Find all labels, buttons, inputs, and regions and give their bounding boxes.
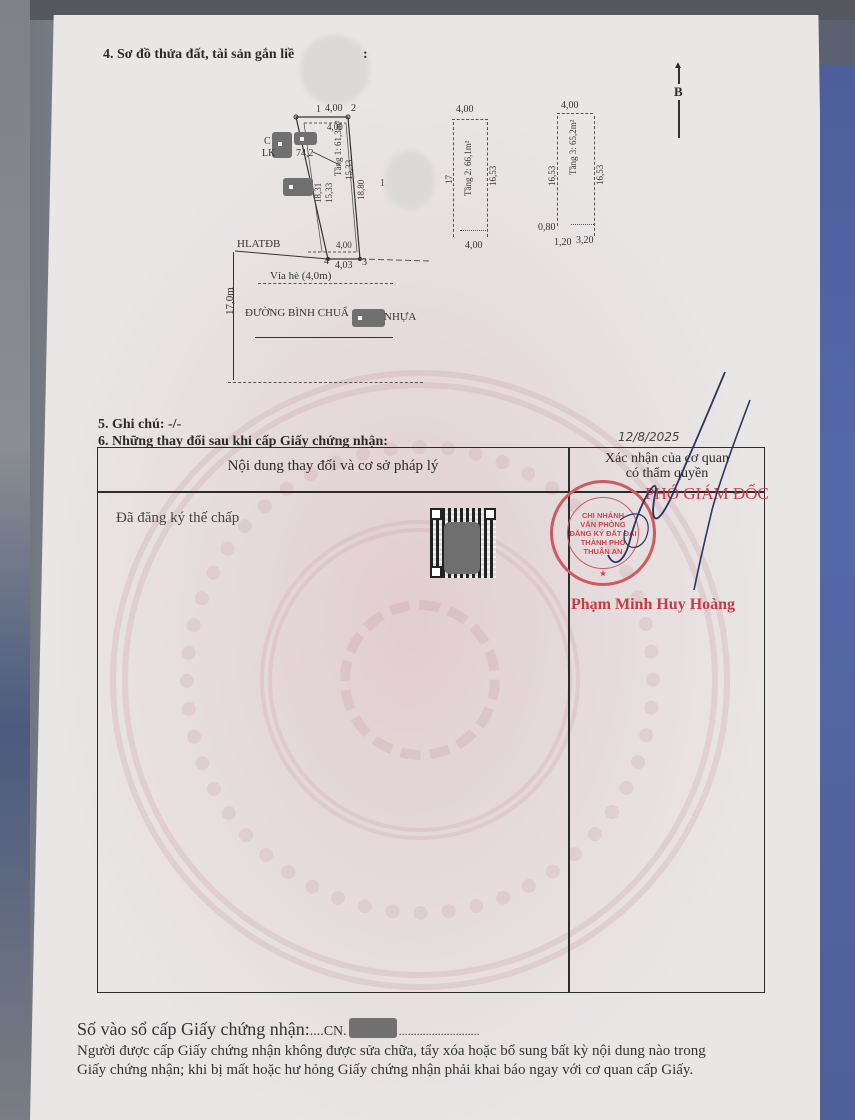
cert-number-prefix: ....CN.: [310, 1024, 347, 1039]
cert-number-row: Số vào sổ cấp Giấy chứng nhận:....CN....…: [77, 1018, 480, 1040]
redacted-cert-number: [349, 1018, 397, 1038]
legal-notice-line1: Người được cấp Giấy chứng nhận không đượ…: [77, 1042, 706, 1061]
signature: [0, 0, 855, 700]
cert-number-dots: ...........................: [399, 1024, 480, 1038]
legal-notice: Người được cấp Giấy chứng nhận không đượ…: [77, 1042, 706, 1080]
legal-notice-line2: Giấy chứng nhận; khi bị mất hoặc hư hỏng…: [77, 1061, 706, 1080]
cert-number-label: Số vào sổ cấp Giấy chứng nhận:: [77, 1019, 310, 1039]
